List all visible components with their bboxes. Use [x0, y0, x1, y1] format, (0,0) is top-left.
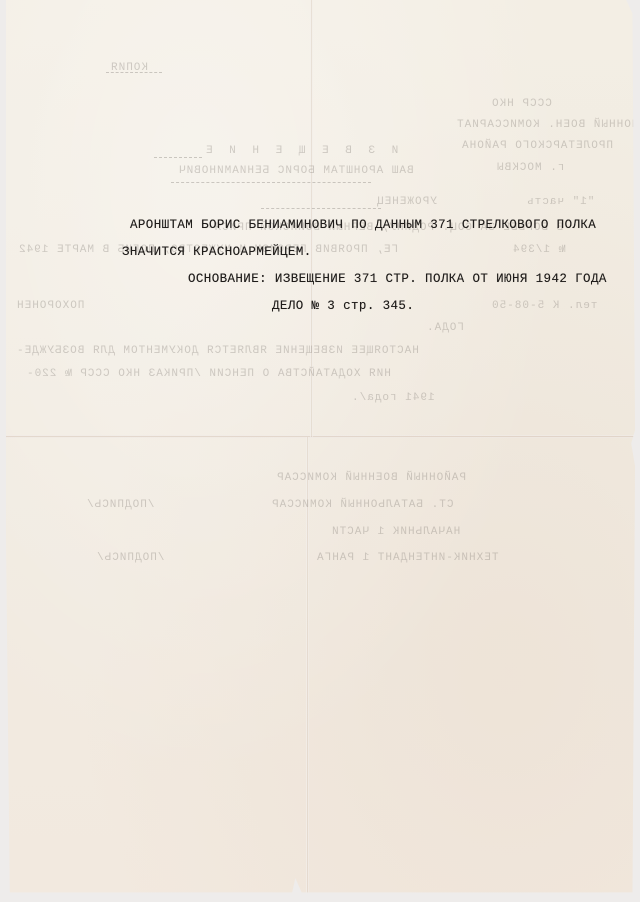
typed-line-file-reference: ДЕЛО № 3 стр. 345.	[272, 299, 414, 313]
show-through-signature-title: НАЧАЛЬНИК 1 ЧАСТИ	[331, 526, 460, 538]
show-through-underline	[171, 182, 371, 184]
show-through-body-line: 1941 года/.	[351, 392, 435, 404]
show-through-title: И З В Е Щ Е Н И Е	[201, 145, 398, 157]
show-through-header-line: СССР НКО	[491, 98, 552, 110]
show-through-underline	[261, 208, 381, 210]
show-through-header-line: РАЙОННЫЙ ВОЕН. КОМИССАРИАТ	[456, 119, 640, 131]
show-through-phone: тел. К 5-08-50	[491, 300, 597, 312]
show-through-body-line: НИЯ ХОДАТАЙСТВА О ПЕНСИИ /ПРИКАЗ НКО ССС…	[26, 368, 391, 380]
document-paper: КОПИЯ СССР НКО РАЙОННЫЙ ВОЕН. КОМИССАРИА…	[6, 0, 635, 896]
show-through-signature: /ПОДПИСЬ/	[96, 552, 164, 564]
horizontal-fold-crease	[6, 435, 635, 438]
show-through-buried: ПОХОРОНЕН	[16, 300, 84, 312]
show-through-addressee: ВАШ АРОНШТАМ БОРИС БЕНИАМИНОВИЧ	[178, 165, 414, 177]
show-through-part: "1" часть	[526, 196, 594, 208]
show-through-signature-title: РАЙОННЫЙ ВОЕННЫЙ КОМИССАР	[276, 472, 466, 484]
show-through-native: УРОЖЕНЕЦ	[376, 196, 437, 208]
show-through-header-line: г. МОСКВЫ	[496, 162, 564, 174]
typed-line-status: ЗНАЧИТСЯ КРАСНОАРМЕЙЦЕМ.	[122, 245, 312, 259]
typed-line-basis: ОСНОВАНИЕ: ИЗВЕЩЕНИЕ 371 СТР. ПОЛКА ОТ И…	[188, 272, 607, 286]
show-through-underline	[154, 157, 202, 159]
show-through-signature-title: ТЕХНИК-ИНТЕНДАНТ 1 РАНГА	[316, 552, 498, 564]
show-through-number: № 1/394	[512, 244, 565, 256]
show-through-signature: /ПОДПИСЬ/	[86, 499, 154, 511]
show-through-header-line: ПРОЛЕТАРСКОГО РАЙОНА	[461, 140, 613, 152]
show-through-body-line: ГОДА.	[426, 322, 464, 334]
show-through-underline	[106, 72, 162, 74]
typed-line-name: АРОНШТАМ БОРИС БЕНИАМИНОВИЧ ПО ДАННЫМ 37…	[130, 218, 596, 232]
show-through-signature-title: СТ. БАТАЛЬОННЫЙ КОМИССАР	[271, 499, 453, 511]
show-through-body-line: НАСТОЯЩЕЕ ИЗВЕЩЕНИЕ ЯВЛЯЕТСЯ ДОКУМЕНТОМ …	[16, 345, 419, 357]
